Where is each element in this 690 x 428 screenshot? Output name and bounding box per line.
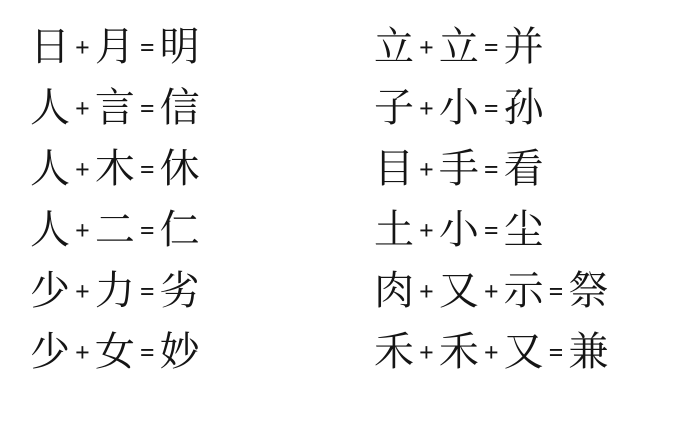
plus-sign: + — [75, 340, 90, 366]
equals-sign: = — [140, 340, 155, 366]
equation-row: 人+二=仁 — [30, 199, 200, 260]
worksheet: 日+月=明人+言=信人+木=休人+二=仁少+力=劣少+女=妙 立+立=并子+小=… — [0, 0, 690, 428]
equation-row: 人+言=信 — [30, 77, 200, 138]
equation-column-right: 立+立=并子+小=孙目+手=看土+小=尘肉+又+示=祭禾+禾+又=兼 — [374, 16, 608, 382]
component-char: 人 — [30, 210, 70, 250]
component-char: 月 — [95, 27, 135, 67]
plus-sign: + — [419, 96, 434, 122]
component-char: 肉 — [374, 271, 414, 311]
component-char: 木 — [95, 149, 135, 189]
component-char: 立 — [374, 27, 414, 67]
plus-sign: + — [419, 157, 434, 183]
plus-sign: + — [75, 96, 90, 122]
equation-row: 土+小=尘 — [374, 199, 608, 260]
result-char: 兼 — [568, 332, 608, 372]
equation-row: 目+手=看 — [374, 138, 608, 199]
component-char: 少 — [30, 332, 70, 372]
plus-sign: + — [419, 340, 434, 366]
result-char: 休 — [160, 149, 200, 189]
result-char: 尘 — [504, 210, 544, 250]
result-char: 看 — [504, 149, 544, 189]
equation-row: 子+小=孙 — [374, 77, 608, 138]
component-char: 力 — [95, 271, 135, 311]
result-char: 孙 — [504, 88, 544, 128]
plus-sign: + — [419, 35, 434, 61]
equals-sign: = — [140, 157, 155, 183]
component-char: 女 — [95, 332, 135, 372]
equation-row: 禾+禾+又=兼 — [374, 321, 608, 382]
component-char: 土 — [374, 210, 414, 250]
equation-row: 立+立=并 — [374, 16, 608, 77]
result-char: 仁 — [160, 210, 200, 250]
plus-sign: + — [484, 340, 499, 366]
component-char: 小 — [439, 210, 479, 250]
component-char: 又 — [439, 271, 479, 311]
equals-sign: = — [484, 157, 499, 183]
plus-sign: + — [75, 35, 90, 61]
equation-row: 日+月=明 — [30, 16, 200, 77]
equals-sign: = — [140, 35, 155, 61]
equation-row: 肉+又+示=祭 — [374, 260, 608, 321]
equals-sign: = — [140, 218, 155, 244]
equation-row: 少+力=劣 — [30, 260, 200, 321]
plus-sign: + — [419, 218, 434, 244]
component-char: 子 — [374, 88, 414, 128]
component-char: 立 — [439, 27, 479, 67]
result-char: 劣 — [160, 271, 200, 311]
result-char: 妙 — [160, 332, 200, 372]
result-char: 并 — [504, 27, 544, 67]
component-char: 禾 — [374, 332, 414, 372]
component-char: 人 — [30, 88, 70, 128]
component-char: 小 — [439, 88, 479, 128]
component-char: 又 — [504, 332, 544, 372]
component-char: 人 — [30, 149, 70, 189]
equation-row: 人+木=休 — [30, 138, 200, 199]
equals-sign: = — [549, 279, 564, 305]
equals-sign: = — [140, 279, 155, 305]
plus-sign: + — [419, 279, 434, 305]
equals-sign: = — [549, 340, 564, 366]
equation-column-left: 日+月=明人+言=信人+木=休人+二=仁少+力=劣少+女=妙 — [30, 16, 200, 382]
component-char: 言 — [95, 88, 135, 128]
equation-row: 少+女=妙 — [30, 321, 200, 382]
equals-sign: = — [484, 96, 499, 122]
result-char: 明 — [160, 27, 200, 67]
component-char: 日 — [30, 27, 70, 67]
component-char: 少 — [30, 271, 70, 311]
result-char: 祭 — [568, 271, 608, 311]
equals-sign: = — [484, 218, 499, 244]
result-char: 信 — [160, 88, 200, 128]
component-char: 二 — [95, 210, 135, 250]
equals-sign: = — [484, 35, 499, 61]
component-char: 示 — [504, 271, 544, 311]
component-char: 目 — [374, 149, 414, 189]
plus-sign: + — [484, 279, 499, 305]
equals-sign: = — [140, 96, 155, 122]
plus-sign: + — [75, 157, 90, 183]
component-char: 手 — [439, 149, 479, 189]
component-char: 禾 — [439, 332, 479, 372]
plus-sign: + — [75, 218, 90, 244]
plus-sign: + — [75, 279, 90, 305]
